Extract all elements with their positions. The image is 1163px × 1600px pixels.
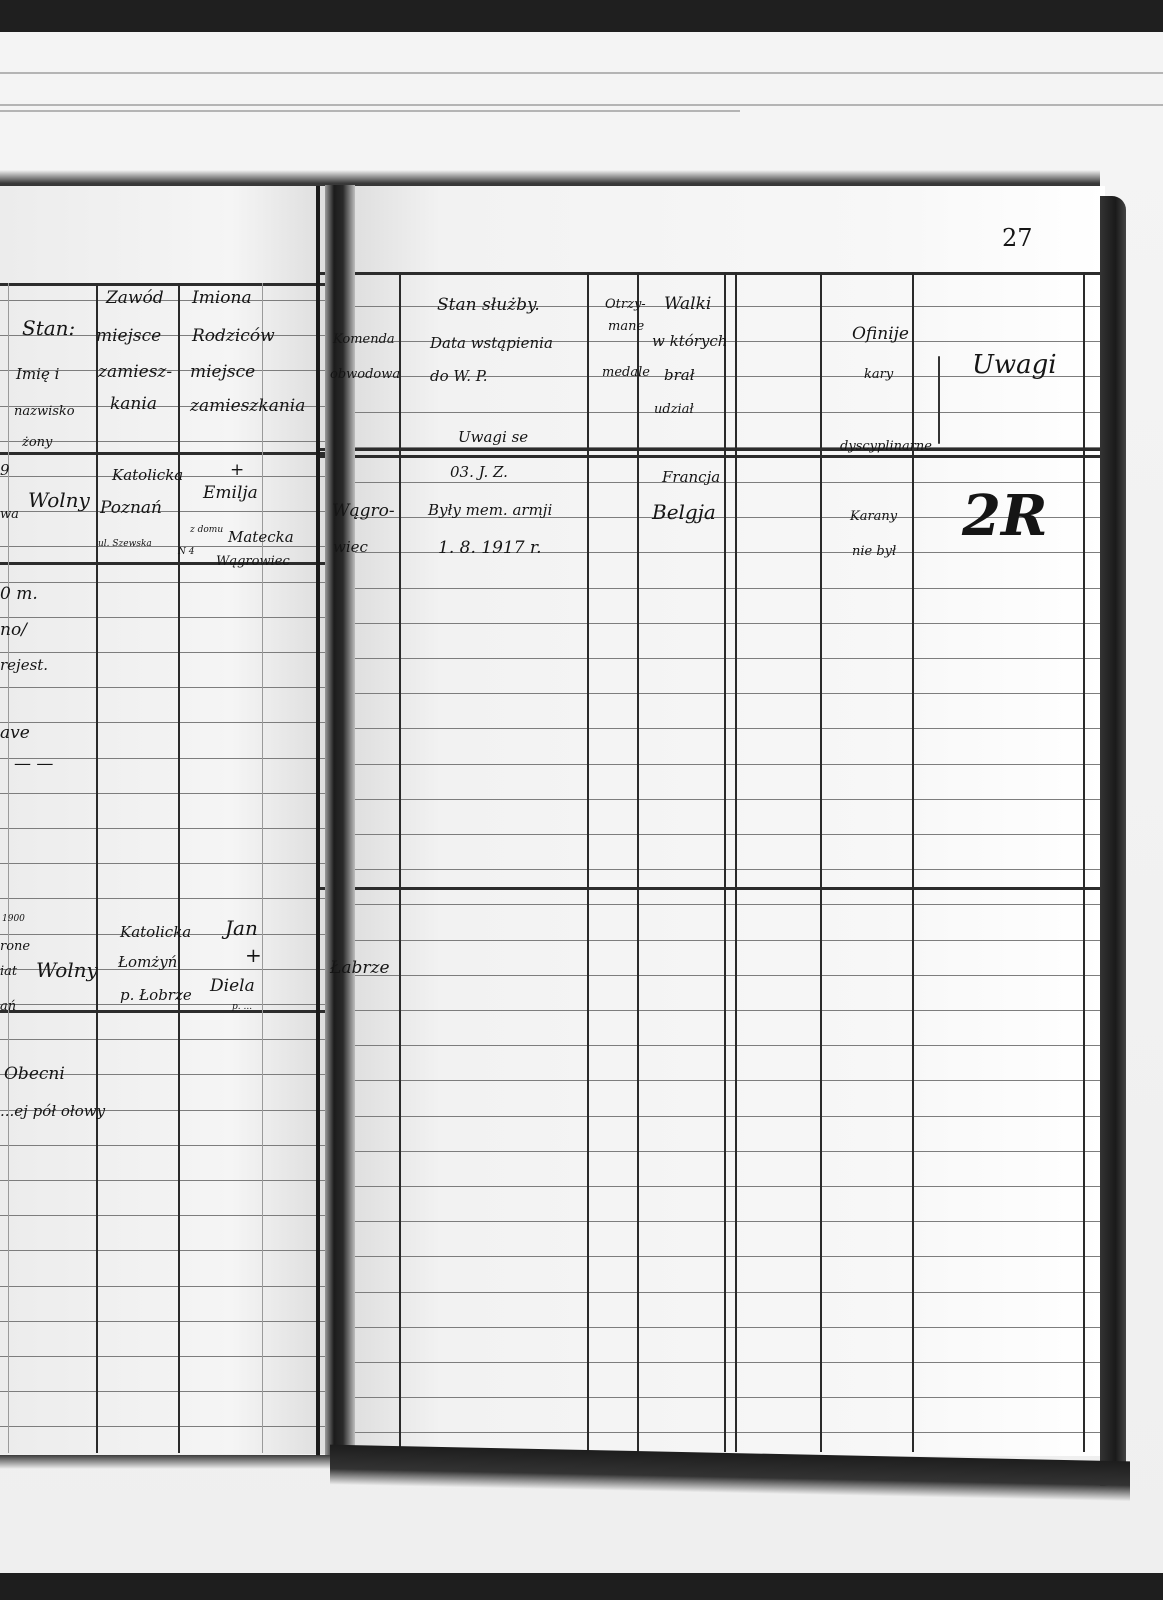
header-text: Uwagi xyxy=(972,352,1057,378)
header-text: nazwisko xyxy=(14,405,75,418)
entry-text: Były mem. armji xyxy=(428,503,552,518)
header-text: Stan służby. xyxy=(437,297,540,314)
header-text: miejsce xyxy=(96,328,161,345)
entry-separator xyxy=(0,1010,325,1013)
entry-text: ań xyxy=(0,1000,16,1013)
header-text: obwodowa xyxy=(330,368,400,381)
header-text: Komenda xyxy=(333,333,395,346)
page-number: 27 xyxy=(1002,226,1033,250)
ruled-line xyxy=(0,1215,325,1216)
column-rule xyxy=(8,283,9,1453)
entry-text: + xyxy=(230,462,244,479)
header-text: Imię i xyxy=(16,367,59,382)
scan-border-top xyxy=(0,0,1163,32)
entry-text: Francja xyxy=(662,470,720,485)
ruled-line xyxy=(0,1356,325,1357)
ruled-line xyxy=(0,687,325,688)
header-text: kania xyxy=(110,396,157,413)
ruled-line xyxy=(0,546,325,547)
column-rule xyxy=(399,272,401,1452)
header-bottom-rule xyxy=(0,452,325,455)
ruled-line xyxy=(0,1321,325,1322)
entry-note: no/ xyxy=(0,622,27,639)
column-rule xyxy=(262,283,263,1453)
header-text: Walki xyxy=(664,296,711,313)
entry-note: 0 m. xyxy=(0,586,38,603)
ruled-line xyxy=(0,617,325,618)
header-text: Stan: xyxy=(22,318,75,338)
ruled-line xyxy=(0,1391,325,1392)
column-rule xyxy=(637,272,639,1452)
bracket-mark xyxy=(938,356,940,444)
header-text: Otrzy- xyxy=(605,298,646,311)
book-edge xyxy=(1100,196,1126,1486)
ruled-line xyxy=(0,652,325,653)
entry-text: Diela xyxy=(210,978,255,995)
entry-text: Belgja xyxy=(652,502,716,522)
entry-text: 1. 8. 1917 r. xyxy=(438,540,542,557)
entry-text: Emilja xyxy=(203,485,258,502)
entry-note: ...ej pół ołowy xyxy=(0,1104,105,1119)
entry-text: wa xyxy=(0,508,19,521)
column-rule xyxy=(735,272,737,1452)
entry-text: nie był xyxy=(852,545,896,558)
ruled-line xyxy=(0,898,325,899)
entry-text: Matecka xyxy=(228,530,294,545)
entry-text: p. Łobrze xyxy=(120,988,192,1003)
entry-text: rone xyxy=(0,940,30,953)
book-shadow xyxy=(0,1455,330,1469)
entry-text: 9 xyxy=(0,463,10,478)
header-text: miejsce xyxy=(190,364,255,381)
background-rule xyxy=(0,104,1163,106)
header-text: kary xyxy=(864,368,893,381)
header-text: żony xyxy=(22,436,52,449)
ruled-line xyxy=(0,1250,325,1251)
ruled-line xyxy=(0,582,325,583)
ruled-line xyxy=(0,1004,325,1005)
entry-text: iat xyxy=(0,965,17,978)
entry-text: z domu xyxy=(190,526,223,535)
ruled-line xyxy=(0,1426,325,1427)
column-rule xyxy=(1083,272,1085,1452)
entry-text: 1900 xyxy=(2,915,25,924)
entry-text: Jan xyxy=(225,918,258,938)
header-text: Zawód xyxy=(106,290,164,307)
header-text: dyscyplinarne xyxy=(840,440,932,453)
background-rule xyxy=(0,110,740,112)
header-text: Ofinije xyxy=(852,326,909,343)
entry-text: Karany xyxy=(850,510,897,523)
entry-text: N 4 xyxy=(178,548,194,557)
column-rule xyxy=(724,272,726,1452)
entry-text: p. ... xyxy=(232,1003,252,1012)
entry-text: Wągrowiec xyxy=(216,555,290,568)
header-text: Data wstąpienia xyxy=(430,336,553,351)
header-text: w których xyxy=(652,334,727,349)
entry-marital-status: Wolny xyxy=(36,960,98,980)
ruled-line xyxy=(0,1286,325,1287)
header-text: mane xyxy=(608,320,644,333)
entry-text: Łabrze xyxy=(330,960,390,977)
header-text: udział xyxy=(654,403,694,416)
header-text: do W. P. xyxy=(430,369,488,384)
ruled-line xyxy=(0,1039,325,1040)
header-text: zamiesz- xyxy=(98,364,172,381)
header-bottom-rule xyxy=(320,455,1100,458)
background-rule xyxy=(0,72,1163,74)
entry-text: Katolicka xyxy=(112,468,183,483)
header-bottom-rule xyxy=(320,448,1100,451)
column-rule xyxy=(820,272,822,1452)
header-text: Rodziców xyxy=(192,328,275,345)
header-text: Imiona xyxy=(192,290,252,307)
ruled-line xyxy=(0,793,325,794)
entry-text: Katolicka xyxy=(120,925,191,940)
ruled-line xyxy=(0,828,325,829)
header-text: zamieszkania xyxy=(190,398,305,415)
entry-note: Obecni xyxy=(4,1066,65,1083)
entry-separator xyxy=(320,887,1100,890)
entry-text: wiec xyxy=(333,540,368,555)
ruled-line xyxy=(0,1145,325,1146)
header-text: Uwagi se xyxy=(458,430,528,445)
entry-marital-status: Wolny xyxy=(28,490,90,510)
header-text: medale xyxy=(602,366,650,379)
entry-note: — — xyxy=(14,756,53,773)
entry-text: Wągro- xyxy=(332,503,395,520)
header-top-rule xyxy=(0,283,325,286)
scan-border-bottom xyxy=(0,1573,1163,1600)
column-rule xyxy=(587,272,589,1452)
entry-text: Łomżyń xyxy=(118,955,177,970)
ruled-line xyxy=(0,1180,325,1181)
entry-text: Poznań xyxy=(100,500,162,517)
entry-text: 03. J. Z. xyxy=(450,465,508,480)
column-rule xyxy=(178,283,180,1453)
ruled-line xyxy=(0,863,325,864)
gutter-rule xyxy=(316,186,320,1456)
entry-text: + xyxy=(245,945,262,965)
header-text: brał xyxy=(664,368,695,383)
remarks-mark: 2R xyxy=(962,488,1048,544)
entry-text: ul. Szewska xyxy=(98,540,152,549)
entry-note: rejest. xyxy=(0,658,48,673)
entry-note: ave xyxy=(0,725,30,742)
ruled-line xyxy=(0,722,325,723)
header-top-rule xyxy=(320,272,1100,275)
column-rule xyxy=(96,283,98,1453)
